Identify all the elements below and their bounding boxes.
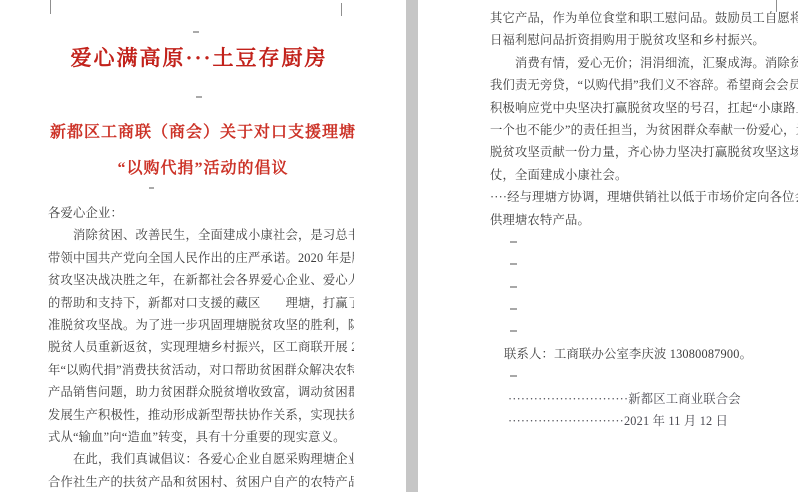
paragraph-mark — [510, 286, 517, 288]
document-subtitle-line2: “以购代捐”活动的倡议 — [0, 155, 406, 178]
body-text-line: ····经与理塘方协调，理塘供销社以低于市场价定向各位会员提 — [490, 186, 798, 208]
paragraph-mark — [510, 375, 517, 377]
body-text-line: 年“以购代捐”消费扶贫活动，对口帮助贫困群众解决农特 — [48, 359, 354, 381]
paragraph-mark — [510, 241, 517, 243]
document-subtitle-line1: 新都区工商联（商会）关于对口支援理塘 — [0, 119, 406, 142]
body-text-line: 消费有情，爱心无价；涓涓细流，汇聚成海。消除贫困 — [490, 52, 798, 74]
paragraph-mark — [193, 31, 199, 33]
empty-paragraph — [490, 298, 798, 320]
body-text-line: 脱贫人员重新返贫，实现理塘乡村振兴，区工商联开展 2021 — [48, 336, 354, 358]
body-text-line: 仗，全面建成小康社会。 — [490, 164, 798, 186]
body-text-line: 发展生产积极性，推动形成新型帮扶协作关系，实现扶贫方 — [48, 404, 354, 426]
signature-date: ···························2021 年 11 月 1… — [490, 410, 798, 432]
body-text-line: 我们责无旁贷，“以购代捐”我们义不容辞。希望商会会员 — [490, 74, 798, 96]
body-text-line: 脱贫攻坚贡献一份力量，齐心协力坚决打赢脱贫攻坚这场硬 — [490, 141, 798, 163]
empty-paragraph — [490, 231, 798, 253]
page1-body: 各爱心企业： 消除贫困、改善民生，全面建成小康社会，是习总书记 带领中国共产党向… — [48, 202, 354, 492]
paragraph-mark — [510, 263, 517, 265]
screenshot-root: { "colors": { "title_red": "#c2221b", "s… — [0, 0, 800, 492]
body-text-line: 日福利慰问品折资捐购用于脱贫攻坚和乡村振兴。 — [490, 29, 798, 51]
text-boundary-mark — [50, 0, 51, 14]
empty-paragraph — [490, 276, 798, 298]
text-boundary-mark — [341, 3, 342, 16]
body-text-line: 合作社生产的扶贫产品和贫困村、贫困户自产的农特产品和 — [48, 471, 354, 492]
body-text-line: 一个也不能少”的责任担当，为贫困群众奉献一份爱心，为 — [490, 119, 798, 141]
page-divider — [406, 0, 418, 492]
page2-body: 其它产品，作为单位食堂和职工慰问品。鼓励员工自愿将节 日福利慰问品折资捐购用于脱… — [490, 7, 798, 432]
body-text-line: 式从“输血”向“造血”转变，具有十分重要的现实意义。 — [48, 426, 354, 448]
paragraph-mark — [510, 330, 517, 332]
body-text-line: 各爱心企业： — [48, 202, 354, 224]
body-text-line: 在此，我们真诚倡议：各爱心企业自愿采购理塘企业、 — [48, 448, 354, 470]
body-text-line: 积极响应党中央坚决打赢脱贫攻坚的号召，扛起“小康路上 — [490, 97, 798, 119]
document-page-1: 爱心满高原···土豆存厨房 新都区工商联（商会）关于对口支援理塘 “以购代捐”活… — [0, 0, 406, 492]
contact-line: 联系人：工商联办公室李庆波 13080087900。 — [490, 343, 798, 365]
empty-paragraph — [490, 253, 798, 275]
empty-paragraph — [490, 320, 798, 342]
body-text-line: 产品销售问题，助力贫困群众脱贫增收致富，调动贫困群众 — [48, 381, 354, 403]
paragraph-mark — [196, 96, 202, 98]
body-text-line: 准脱贫攻坚战。为了进一步巩固理塘脱贫攻坚的胜利，防止 — [48, 314, 354, 336]
paragraph-mark — [510, 308, 517, 310]
paragraph-mark — [149, 187, 154, 189]
body-text-line: 供理塘农特产品。 — [490, 209, 798, 231]
body-text-line: 的帮助和支持下，新都对口支援的藏区 理塘，打赢了精 — [48, 292, 354, 314]
document-title: 爱心满高原···土豆存厨房 — [0, 42, 398, 72]
body-text-line: 带领中国共产党向全国人民作出的庄严承诺。2020 年是脱 — [48, 247, 354, 269]
document-page-2: 其它产品，作为单位食堂和职工慰问品。鼓励员工自愿将节 日福利慰问品折资捐购用于脱… — [418, 0, 800, 492]
body-text-line: 其它产品，作为单位食堂和职工慰问品。鼓励员工自愿将节 — [490, 7, 798, 29]
document-viewer: 爱心满高原···土豆存厨房 新都区工商联（商会）关于对口支援理塘 “以购代捐”活… — [0, 0, 800, 492]
body-text-line: 贫攻坚决战决胜之年，在新都社会各界爱心企业、爱心人士 — [48, 269, 354, 291]
signature-organization: ····························新都区工商业联合会 — [490, 388, 798, 410]
body-text-line: 消除贫困、改善民生，全面建成小康社会，是习总书记 — [48, 224, 354, 246]
empty-paragraph — [490, 365, 798, 387]
